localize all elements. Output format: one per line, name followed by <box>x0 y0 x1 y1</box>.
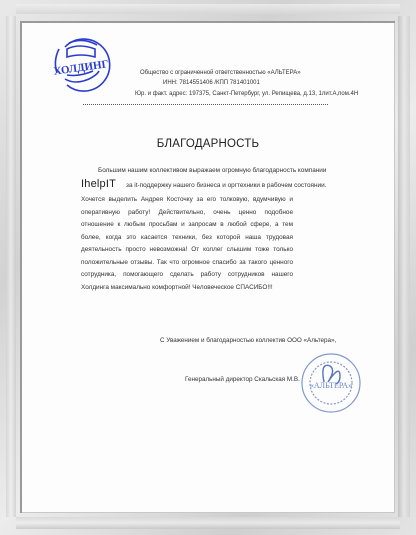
company-name: Общество с ограниченной ответственностью… <box>140 68 301 78</box>
svg-text:«АЛЬТЕРА»: «АЛЬТЕРА» <box>310 381 352 390</box>
frame-left <box>6 16 16 517</box>
paragraph-2: Хочется выделить Андрея Косточку за его … <box>81 194 293 294</box>
frame-top <box>16 4 400 14</box>
paragraph-1-rest: за it-поддержку нашего бизнеса и оргтехн… <box>126 182 326 189</box>
company-address: Юр. и факт. адрес: 197375, Санкт-Петербу… <box>135 89 358 99</box>
tax-ids: ИНН: 7814551406 /КПП 781401001 <box>163 78 260 88</box>
letterhead-divider <box>83 104 328 105</box>
paragraph-1-line-1: Большим нашим коллективом выражаем огром… <box>98 167 326 174</box>
document-title: БЛАГОДАРНОСТЬ <box>0 138 416 150</box>
holding-stamp-icon: ХОЛДИНГ <box>45 27 115 97</box>
signatory: Генеральный директор Скальская М.В. <box>185 376 300 383</box>
frame-right <box>398 16 410 517</box>
frame-bottom <box>16 517 400 529</box>
company-brand: IhelpIT <box>81 178 116 190</box>
company-seal-icon: «АЛЬТЕРА» <box>300 352 362 414</box>
paragraph-1-line-2: IhelpITза it-поддержку нашего бизнеса и … <box>81 178 326 190</box>
closing-line: С Уважением и благодарностью коллектив О… <box>160 337 336 344</box>
